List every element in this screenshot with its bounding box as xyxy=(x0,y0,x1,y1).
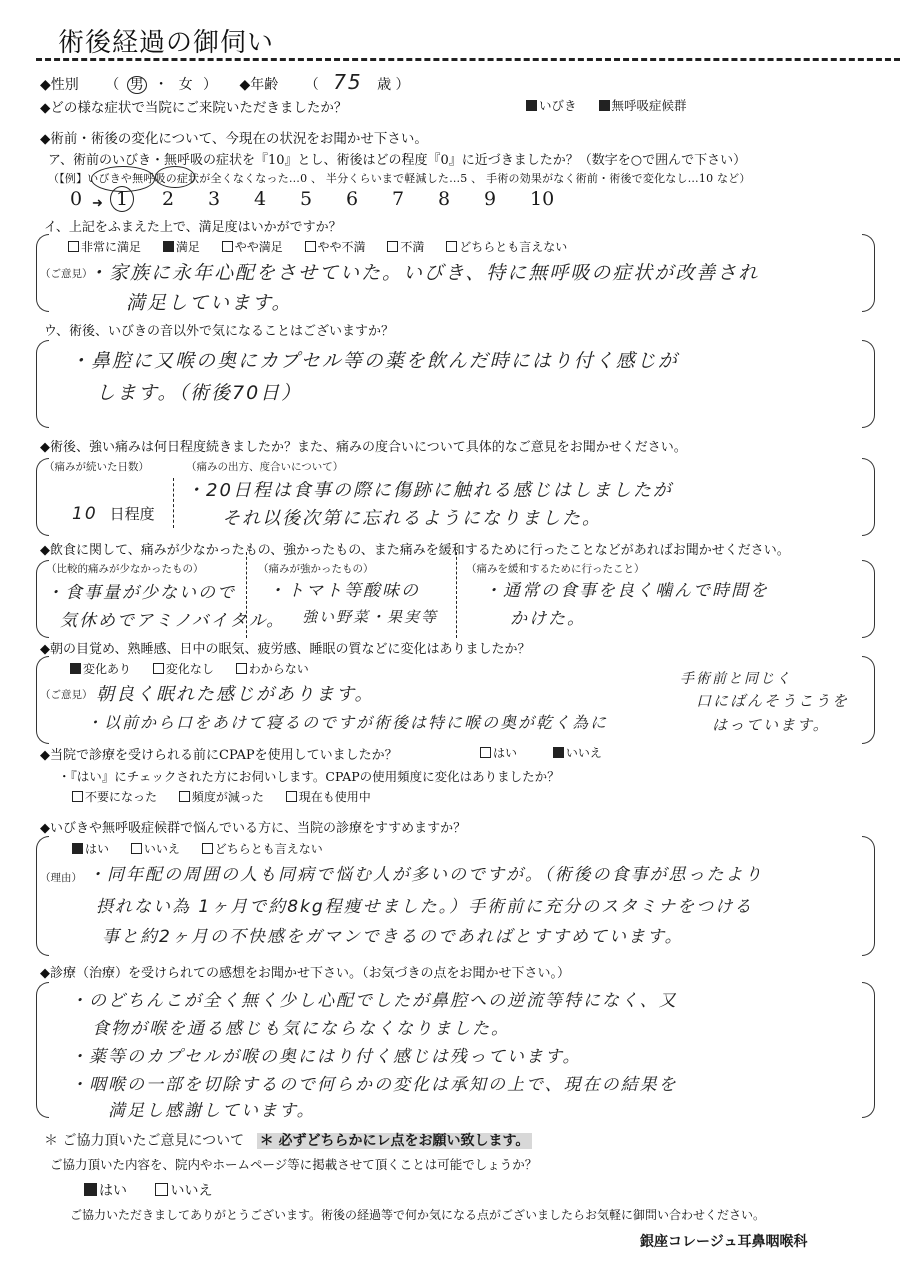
answer-box-right xyxy=(862,982,875,1118)
answer-box-right xyxy=(862,458,875,536)
title-divider xyxy=(36,58,900,61)
checkbox-satisfied[interactable]: 満足 xyxy=(163,238,200,255)
checkbox-neutral[interactable]: どちらとも言えない xyxy=(446,238,567,255)
checkbox-less-frequent[interactable]: 頻度が減った xyxy=(179,788,264,805)
example-circle-mark xyxy=(155,166,195,188)
opinion-label: （ご意見） xyxy=(40,687,93,702)
checkbox-cpap-yes[interactable]: はい xyxy=(480,744,517,761)
impression-line-2[interactable]: 食物が喉を通る感じも気にならなくなりました。 xyxy=(92,1014,510,1039)
checkbox-apnea[interactable]: 無呼吸症候群 xyxy=(599,96,687,114)
checkbox-dissatisfied[interactable]: 不満 xyxy=(387,238,424,255)
checkbox-consent-no[interactable]: いいえ xyxy=(155,1180,212,1200)
gender-option-male[interactable]: 男 xyxy=(130,77,148,93)
recommend-options: はい いいえ どちらとも言えない xyxy=(72,840,341,857)
other-concern-line-2[interactable]: します。（術後70日） xyxy=(96,378,302,405)
column-divider xyxy=(456,552,457,638)
scale-6[interactable]: 6 xyxy=(346,188,392,210)
gender-label: ◆性別 xyxy=(40,77,79,93)
footer-thanks: ご協力いただきましてありがとうございます。術後の経過等で何か気になる点がございま… xyxy=(70,1206,765,1223)
checkbox-unknown[interactable]: わからない xyxy=(236,660,309,677)
satisfaction-comment-line-2[interactable]: 満足しています。 xyxy=(126,288,292,315)
question-sleep: ◆朝の目覚め、熟睡感、日中の眠気、疲労感、睡眠の質などに変化はありましたか？ xyxy=(40,638,530,657)
pain-detail-line-2[interactable]: それ以後次第に忘れるようになりました。 xyxy=(222,504,602,530)
impression-line-4[interactable]: ・咽喉の一部を切除するので何らかの変化は承知の上で、現在の結果を xyxy=(70,1070,678,1095)
scale-9[interactable]: 9 xyxy=(484,188,530,210)
food-relief-line-2[interactable]: かけた。 xyxy=(510,604,586,629)
impression-line-1[interactable]: ・のどちんこが全く無く少し心配でしたが鼻腔への逆流等特になく、又 xyxy=(70,986,678,1011)
answer-box-left xyxy=(36,836,49,956)
question-symptom: ◆どの様な症状で当院にご来院いただきましたか？ xyxy=(40,96,347,116)
sleep-comment-line-1[interactable]: 朝良く眠れた感じがあります。 xyxy=(96,680,375,706)
cpap-followup-question: ・『はい』にチェックされた方にお伺いします。CPAPの使用頻度に変化はありました… xyxy=(58,767,560,785)
age-label: ◆年齢 xyxy=(240,77,279,93)
recommend-reason-line-3[interactable]: 事と約2ヶ月の不快感をガマンできるのであればとすすめています。 xyxy=(102,922,684,947)
food-relief-label: （痛みを緩和するために行ったこと） xyxy=(466,561,645,576)
checkbox-changed[interactable]: 変化あり xyxy=(70,660,131,677)
answer-box-right xyxy=(862,560,875,638)
gender-option-female[interactable]: 女 xyxy=(179,77,193,93)
answer-box-right xyxy=(862,656,875,744)
sleep-options: 変化あり 変化なし わからない xyxy=(70,660,327,677)
question-food: ◆飲食に関して、痛みが少なかったもの、強かったもの、また痛みを緩和するために行っ… xyxy=(40,539,790,558)
question-cpap: ◆当院で診療を受けられる前にCPAPを使用していましたか？ xyxy=(40,744,398,763)
page-title: 術後経過の御伺い xyxy=(58,22,274,59)
food-high-pain-line-1[interactable]: ・トマト等酸味の xyxy=(268,576,420,601)
scale-5[interactable]: 5 xyxy=(300,188,346,210)
question-impression: ◆診療（治療）を受けられての感想をお聞かせ下さい。（お気づきの点をお聞かせ下さい… xyxy=(40,962,570,981)
symptom-options: いびき 無呼吸症候群 xyxy=(526,96,705,114)
pain-days: 10日程度 xyxy=(72,503,155,524)
profile-row: ◆性別 （ 男 ・ 女 ） ◆年齢 （ 75 歳 ） xyxy=(40,70,410,94)
checkbox-recommend-neutral[interactable]: どちらとも言えない xyxy=(202,840,323,857)
selected-circle-mark xyxy=(127,76,147,94)
answer-box-left xyxy=(36,982,49,1118)
scale-4[interactable]: 4 xyxy=(254,188,300,210)
impression-line-3[interactable]: ・薬等のカプセルが喉の奥にはり付く感じは残っています。 xyxy=(70,1042,581,1067)
answer-box-left xyxy=(36,340,49,428)
satisfaction-options: 非常に満足 満足 やや満足 やや不満 不満 どちらとも言えない xyxy=(68,238,585,255)
question-pain: ◆術後、強い痛みは何日程度続きましたか？また、痛みの度合いについて具体的なご意見… xyxy=(40,436,687,455)
reason-label: （理由） xyxy=(40,870,82,885)
checkbox-no-change[interactable]: 変化なし xyxy=(153,660,214,677)
food-relief-line-1[interactable]: ・通常の食事を良く噛んで時間を xyxy=(484,576,769,601)
selected-circle-mark xyxy=(110,186,134,212)
consent-heading: ＊ ご協力頂いたご意見について ＊ 必ずどちらかにレ点をお願い致します。 xyxy=(44,1130,532,1150)
column-divider xyxy=(173,478,174,528)
food-high-pain-label: （痛みが強かったもの） xyxy=(258,561,374,576)
checkbox-recommend-yes[interactable]: はい xyxy=(72,840,109,857)
pain-detail-label: （痛みの出方、度合いについて） xyxy=(186,459,343,474)
pain-days-value[interactable]: 10 xyxy=(72,504,98,524)
clinic-name: 銀座コレージュ耳鼻咽喉科 xyxy=(640,1231,807,1251)
answer-box-right xyxy=(862,234,875,312)
food-low-pain-label: （比較的痛みが少なかったもの） xyxy=(46,561,204,576)
checkbox-still-using[interactable]: 現在も使用中 xyxy=(286,788,371,805)
opinion-label: （ご意見） xyxy=(40,266,93,281)
scale-7[interactable]: 7 xyxy=(392,188,438,210)
recommend-reason-line-2[interactable]: 摂れない為 1ヶ月で約8kg程痩せました。）手術前に充分のスタミナをつける xyxy=(96,892,753,917)
recommend-reason-line-1[interactable]: ・同年配の周囲の人も同病で悩む人が多いのですが。（術後の食事が思ったより xyxy=(88,860,764,885)
checkbox-very-satisfied[interactable]: 非常に満足 xyxy=(68,238,141,255)
sleep-annotation-line-2[interactable]: 口にばんそうこうを xyxy=(696,690,849,711)
scale-3[interactable]: 3 xyxy=(208,188,254,210)
checkbox-no-longer-needed[interactable]: 不要になった xyxy=(72,788,157,805)
checkbox-consent-yes[interactable]: はい xyxy=(84,1180,127,1200)
checkbox-box xyxy=(599,100,610,111)
cpap-followup-options: 不要になった 頻度が減った 現在も使用中 xyxy=(72,788,389,805)
scale-2[interactable]: 2 xyxy=(162,188,208,210)
answer-box-right xyxy=(862,340,875,428)
question-recommend: ◆いびきや無呼吸症候群で悩んでいる方に、当院の診療をすすめますか？ xyxy=(40,817,466,836)
sleep-annotation-line-3[interactable]: はっています。 xyxy=(712,714,830,735)
checkbox-recommend-no[interactable]: いいえ xyxy=(131,840,180,857)
consent-question: ご協力頂いた内容を、院内やホームページ等に掲載させて頂くことは可能でしょうか？ xyxy=(50,1155,537,1173)
food-low-pain-line-2[interactable]: 気休めでアミノバイタル。 xyxy=(60,606,285,631)
question-change-a: ア、術前のいびき・無呼吸の症状を『10』とし、術後はどの程度『0』に近づきました… xyxy=(48,149,746,168)
checkbox-cpap-no[interactable]: いいえ xyxy=(553,744,602,761)
scale-10[interactable]: 10 xyxy=(530,188,576,210)
answer-box-right xyxy=(862,836,875,956)
impression-line-5[interactable]: 満足し感謝しています。 xyxy=(108,1096,316,1121)
question-change: ◆術前・術後の変化について、今現在の状況をお聞かせ下さい。 xyxy=(40,127,428,147)
checkbox-box xyxy=(526,100,537,111)
checkbox-snoring[interactable]: いびき xyxy=(526,96,577,114)
question-other-concern: ウ、術後、いびきの音以外で気になることはございますか？ xyxy=(44,320,394,339)
arrow-icon: ➜ xyxy=(92,196,103,211)
other-concern-line-1[interactable]: ・鼻腔に又喉の奥にカプセル等の薬を飲んだ時にはり付く感じが xyxy=(70,346,679,373)
food-high-pain-line-2[interactable]: 強い野菜・果実等 xyxy=(302,606,438,627)
checkbox-somewhat-satisfied[interactable]: やや満足 xyxy=(222,238,283,255)
rating-scale: 012345678910 xyxy=(70,188,576,210)
satisfaction-comment-line-1[interactable]: ・家族に永年心配をさせていた。いびき、特に無呼吸の症状が改善され xyxy=(88,258,759,285)
checkbox-somewhat-dissatisfied[interactable]: やや不満 xyxy=(305,238,366,255)
consent-heading-emphasis: ＊ 必ずどちらかにレ点をお願い致します。 xyxy=(257,1133,533,1149)
sleep-annotation-line-1[interactable]: 手術前と同じく xyxy=(680,668,792,688)
pain-detail-line-1[interactable]: ・20日程は食事の際に傷跡に触れる感じはしましたが xyxy=(186,476,673,502)
consent-options: はい いいえ xyxy=(84,1180,230,1200)
scale-8[interactable]: 8 xyxy=(438,188,484,210)
pain-days-label: （痛みが続いた日数） xyxy=(44,459,149,474)
consent-heading-left: ＊ ご協力頂いたご意見について xyxy=(44,1133,244,1149)
age-value[interactable]: 75 xyxy=(333,70,362,94)
cpap-options: はい いいえ xyxy=(480,744,620,761)
question-satisfaction: イ、上記をふまえた上で、満足度はいかがですか？ xyxy=(44,216,342,235)
food-low-pain-line-1[interactable]: ・食事量が少ないので xyxy=(46,578,236,603)
sleep-comment-line-2[interactable]: ・以前から口をあけて寝るのですが術後は特に喉の奥が乾く為に xyxy=(86,710,608,733)
